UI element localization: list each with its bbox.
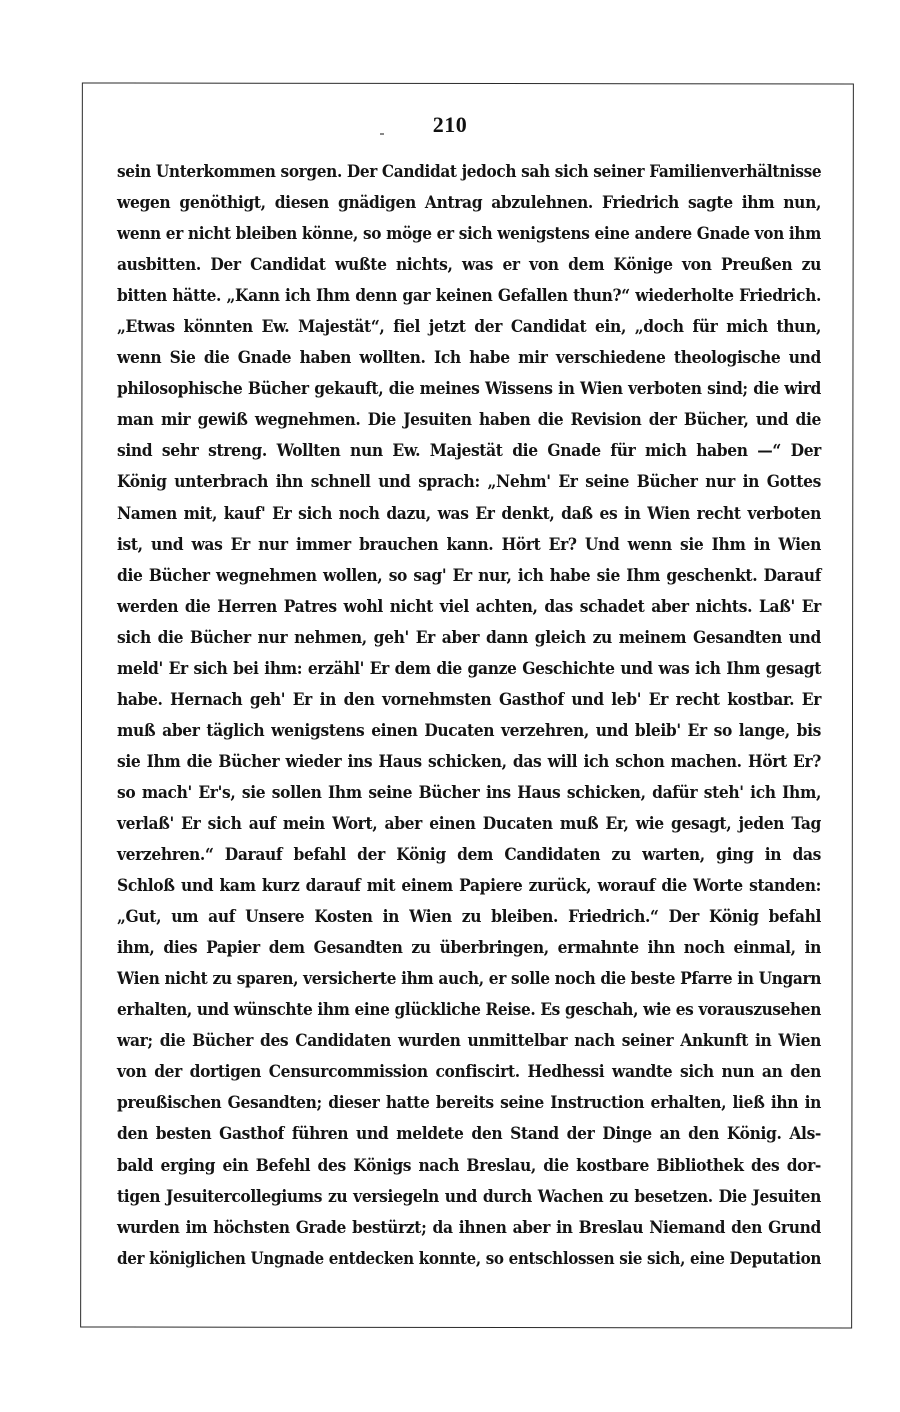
- body-text: sein Unterkommen sorgen. Der Candidat je…: [117, 157, 821, 1275]
- text-line: den besten Gasthof führen und meldete de…: [117, 1119, 821, 1150]
- text-line: sein Unterkommen sorgen. Der Candidat je…: [117, 157, 821, 188]
- text-line: Namen mit, kauf' Er sich noch dazu, was …: [117, 499, 821, 530]
- text-line: muß aber täglich wenigstens einen Ducate…: [117, 716, 821, 747]
- text-line: ihm, dies Papier dem Gesandten zu überbr…: [117, 933, 821, 964]
- text-line: wurden im höchsten Grade bestürzt; da ih…: [117, 1213, 821, 1244]
- text-line: „Etwas könnten Ew. Majestät“, fiel jetzt…: [117, 312, 821, 343]
- text-line: man mir gewiß wegnehmen. Die Jesuiten ha…: [117, 405, 821, 436]
- text-line: „Gut, um auf Unsere Kosten in Wien zu bl…: [117, 902, 821, 933]
- text-line: sind sehr streng. Wollten nun Ew. Majest…: [117, 436, 821, 467]
- text-line: sich die Bücher nur nehmen, geh' Er aber…: [117, 623, 821, 654]
- text-line: verzehren.“ Darauf befahl der König dem …: [117, 840, 821, 871]
- text-line: wenn er nicht bleiben könne, so möge er …: [117, 219, 821, 250]
- text-line: die Bücher wegnehmen wollen, so sag' Er …: [117, 561, 821, 592]
- text-line: bitten hätte. „Kann ich Ihm denn gar kei…: [117, 281, 821, 312]
- text-line: erhalten, und wünschte ihm eine glücklic…: [117, 995, 821, 1026]
- text-line: war; die Bücher des Candidaten wurden un…: [117, 1026, 821, 1057]
- text-line: wenn Sie die Gnade haben wollten. Ich ha…: [117, 343, 821, 374]
- text-line: Schloß und kam kurz darauf mit einem Pap…: [117, 871, 821, 902]
- text-line: ausbitten. Der Candidat wußte nichts, wa…: [117, 250, 821, 281]
- text-line: tigen Jesuitercollegiums zu versiegeln u…: [117, 1182, 821, 1213]
- text-line: werden die Herren Patres wohl nicht viel…: [117, 592, 821, 623]
- page-number: 210: [0, 112, 900, 138]
- text-line: so mach' Er's, sie sollen Ihm seine Büch…: [117, 778, 821, 809]
- text-line: meld' Er sich bei ihm: erzähl' Er dem di…: [117, 654, 821, 685]
- text-line: philosophische Bücher gekauft, die meine…: [117, 374, 821, 405]
- text-line: König unterbrach ihn schnell und sprach:…: [117, 467, 821, 498]
- text-line: wegen genöthigt, diesen gnädigen Antrag …: [117, 188, 821, 219]
- text-line: bald erging ein Befehl des Königs nach B…: [117, 1151, 821, 1182]
- text-line: ist, und was Er nur immer brauchen kann.…: [117, 530, 821, 561]
- text-line: preußischen Gesandten; dieser hatte bere…: [117, 1088, 821, 1119]
- text-line: Wien nicht zu sparen, versicherte ihm au…: [117, 964, 821, 995]
- text-line: von der dortigen Censurcommission confis…: [117, 1057, 821, 1088]
- text-line: der königlichen Ungnade entdecken konnte…: [117, 1244, 821, 1275]
- text-line: habe. Hernach geh' Er in den vornehmsten…: [117, 685, 821, 716]
- scan-speck: [380, 133, 384, 135]
- text-line: sie Ihm die Bücher wieder ins Haus schic…: [117, 747, 821, 778]
- text-line: verlaß' Er sich auf mein Wort, aber eine…: [117, 809, 821, 840]
